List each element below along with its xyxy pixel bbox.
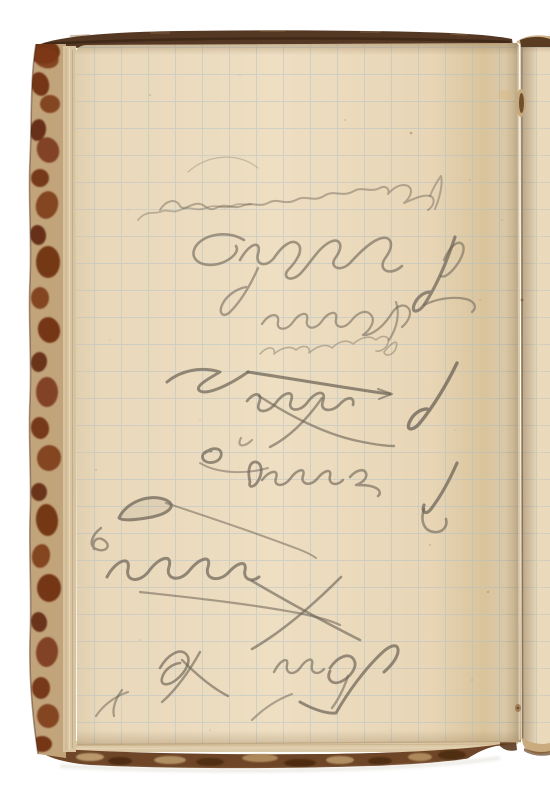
page-stack-edges — [63, 46, 76, 752]
notebook-photograph: Photograph of an open vintage pocket not… — [0, 0, 550, 800]
grid-lines — [70, 40, 525, 750]
gutter-crease-line — [522, 44, 523, 740]
binding-marbled-strip — [28, 40, 66, 758]
notebook-photo-canvas — [0, 0, 550, 800]
gutter-shadow — [486, 43, 521, 745]
main-page — [70, 40, 525, 750]
